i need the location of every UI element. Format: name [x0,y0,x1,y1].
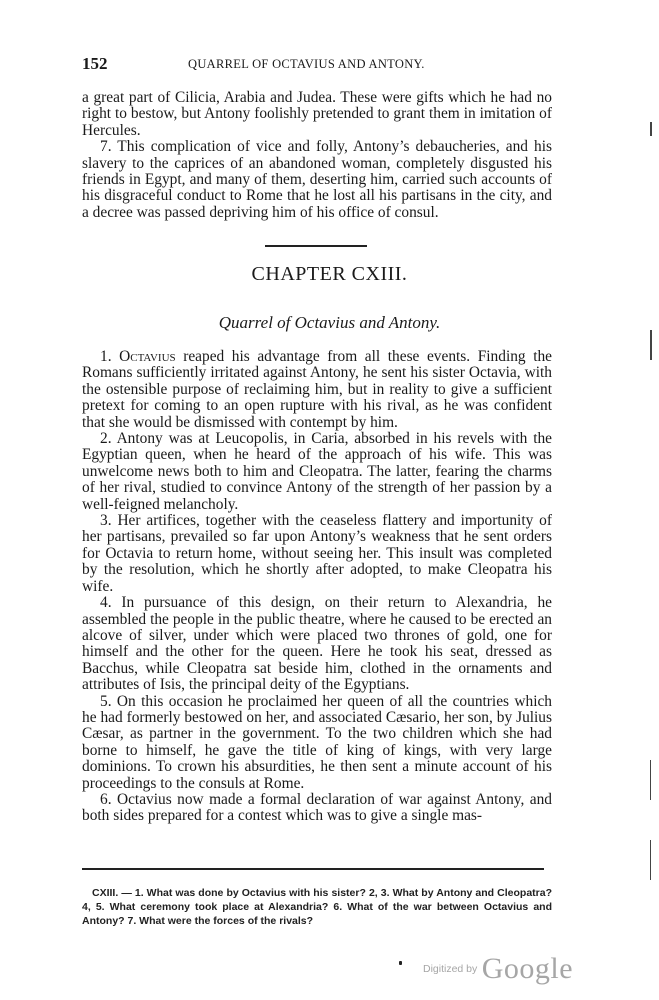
page-edge-mark [650,122,652,136]
page-number: 152 [82,54,108,74]
digitized-watermark: Digitized by Google [423,952,573,986]
paragraph-number: 6. [100,791,112,808]
paragraph-text: Her artifices, together with the ceasele… [82,512,552,595]
paragraph-text: In pursuance of this design, on their re… [82,594,552,693]
paragraph-number: 5. [100,693,112,710]
paragraph-text: Octavius now made a formal declaration o… [82,791,552,824]
paragraph-6: 6. Octavius now made a formal declaratio… [82,792,552,825]
footnote-divider [82,868,544,870]
continued-text: a great part of Cilicia, Arabia and Jude… [82,90,552,221]
paragraph-number: 4. [100,594,112,611]
page-edge-mark [650,840,651,880]
paragraph-number: 3. [100,512,112,529]
google-logo: Google [482,952,573,985]
footnote-text: CXIII. — 1. What was done by Octavius wi… [82,886,552,928]
paragraph-5: 5. On this occasion he proclaimed her qu… [82,694,552,792]
paragraph-number: 2. [100,430,112,447]
paragraph-7: 7. This complication of vice and folly, … [82,139,552,221]
section-divider [265,245,367,247]
page-edge-mark [650,330,652,360]
paragraph-text: On this occasion he proclaimed her queen… [82,693,552,792]
paragraph-text: Antony was at Leucopolis, in Caria, abso… [82,430,552,513]
paragraph-continued: a great part of Cilicia, Arabia and Jude… [82,90,552,139]
paragraph-4: 4. In pursuance of this design, on their… [82,595,552,693]
footnote-questions: CXIII. — 1. What was done by Octavius wi… [82,886,552,928]
page-edge-mark [650,760,651,800]
chapter-subtitle: Quarrel of Octavius and Antony. [0,313,659,333]
chapter-title: CHAPTER CXIII. [0,263,659,286]
paragraph-number: 1. [100,348,112,365]
watermark-prefix: Digitized by [423,963,477,975]
paragraph-3: 3. Her artifices, together with the ceas… [82,513,552,595]
running-head: 152 QUARREL OF OCTAVIUS AND ANTONY. [82,54,552,78]
paragraph-2: 2. Antony was at Leucopolis, in Caria, a… [82,431,552,513]
paragraph-1: 1. Octavius reaped his advantage from al… [82,349,552,431]
running-title: QUARREL OF OCTAVIUS AND ANTONY. [188,57,425,72]
paragraph-lead-word: Octavius [119,348,175,365]
chapter-body: 1. Octavius reaped his advantage from al… [82,349,552,825]
ink-speck [399,961,402,965]
book-page: 152 QUARREL OF OCTAVIUS AND ANTONY. a gr… [0,0,659,1000]
